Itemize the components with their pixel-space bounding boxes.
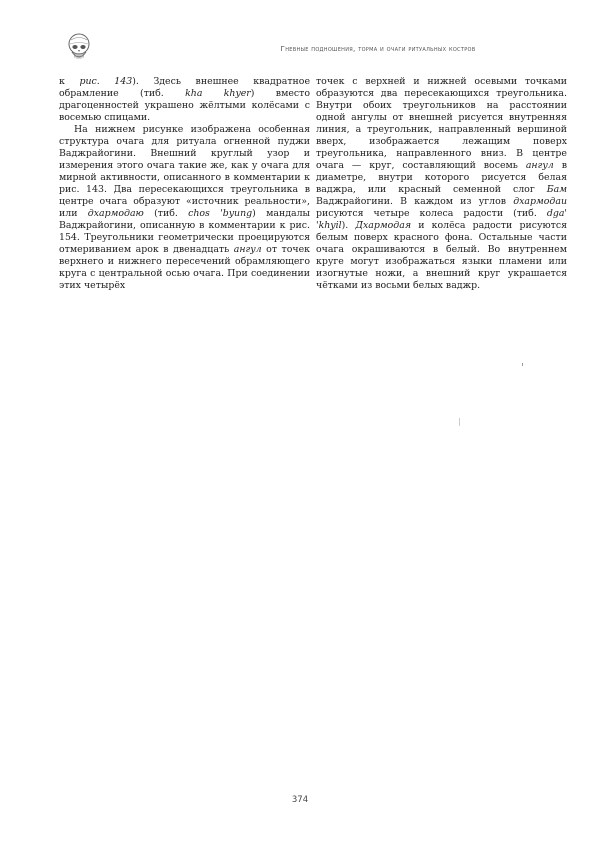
right-column: точек с верхней и нижней осевыми точками… [316, 76, 567, 292]
italic-text: Дхармодая [355, 220, 411, 231]
paragraph: к рис. 143). Здесь внешнее квадратное об… [59, 76, 310, 124]
italic-text: рис. 143 [79, 76, 132, 87]
page-header: Гневные подношения, торма и очаги ритуал… [60, 28, 550, 68]
paragraph: На нижнем рисунке изображена особенная с… [59, 124, 310, 292]
italic-text: дхармодаи [513, 196, 567, 207]
text: к [59, 76, 79, 87]
italic-text: ангул [234, 244, 262, 255]
text: ). [342, 220, 356, 231]
text: На нижнем рисунке изображена особенная с… [59, 124, 310, 219]
italic-text: kha khyer [185, 88, 251, 99]
page-number: 374 [0, 795, 600, 805]
text: (тиб. [144, 208, 188, 219]
italic-text: Бам [547, 184, 567, 195]
scan-artifact [522, 363, 523, 366]
text: точек с верхней и нижней осевыми точками… [316, 76, 567, 171]
italic-text: ангул [526, 160, 554, 171]
text: Ваджрайогини. В каждом из углов [316, 196, 513, 207]
left-column: к рис. 143). Здесь внешнее квадратное об… [59, 76, 310, 292]
paragraph: точек с верхней и нижней осевыми точками… [316, 76, 567, 292]
running-head: Гневные подношения, торма и очаги ритуал… [158, 44, 598, 53]
skull-icon [66, 32, 92, 64]
text: рисуются четыре колеса радости (тиб. [316, 208, 547, 219]
italic-text: дхармодаю [88, 208, 144, 219]
scan-artifact [459, 418, 460, 426]
italic-text: chos 'byung [188, 208, 252, 219]
